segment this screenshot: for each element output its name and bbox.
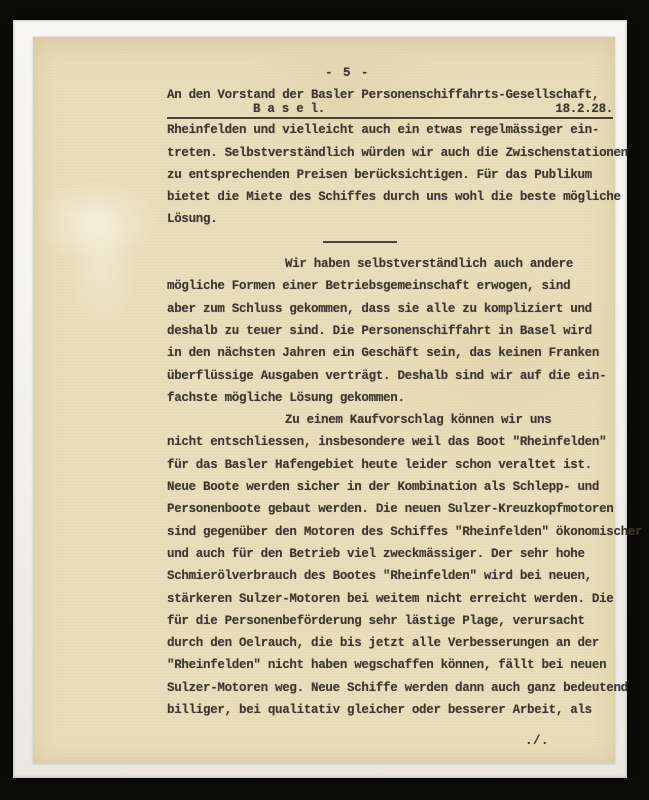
body-line: fachste mögliche Lösung gekommen. bbox=[167, 387, 613, 409]
body-line: sind gegenüber den Motoren des Schiffes … bbox=[167, 521, 613, 543]
body-line: Wir haben selbstverständlich auch andere bbox=[167, 253, 613, 275]
recipient-line: An den Vorstand der Basler Personenschif… bbox=[167, 88, 613, 102]
body-line: durch den Oelrauch, die bis jetzt alle V… bbox=[167, 632, 613, 654]
body-line: deshalb zu teuer sind. Die Personenschif… bbox=[167, 320, 613, 342]
body-line: Schmierölverbrauch des Bootes "Rheinfeld… bbox=[167, 565, 613, 587]
body-line: und auch für den Betrieb viel zweckmässi… bbox=[167, 543, 613, 565]
body-line: "Rheinfelden" nicht haben wegschaffen kö… bbox=[167, 654, 613, 676]
photo-background: - 5 - An den Vorstand der Basler Persone… bbox=[0, 0, 649, 800]
page-number: - 5 - bbox=[325, 62, 370, 84]
body-line: für die Personenbeförderung sehr lästige… bbox=[167, 610, 613, 632]
divider-line bbox=[323, 241, 397, 243]
body-line: bietet die Miete des Schiffes durch uns … bbox=[167, 186, 613, 208]
continuation-mark: ./. bbox=[167, 730, 613, 752]
body-line: stärkeren Sulzer-Motoren bei weitem nich… bbox=[167, 588, 613, 610]
body-line: in den nächsten Jahren ein Geschäft sein… bbox=[167, 342, 613, 364]
body-line: Rheinfelden und vielleicht auch ein etwa… bbox=[167, 119, 613, 141]
body-line: mögliche Formen einer Betriebsgemeinscha… bbox=[167, 275, 613, 297]
body-line: für das Basler Hafengebiet heute leider … bbox=[167, 454, 613, 476]
body-line: zu entsprechenden Preisen berücksichtige… bbox=[167, 164, 613, 186]
city-date-line: B a s e l. 18.2.28. bbox=[167, 102, 613, 116]
photo-mat: - 5 - An den Vorstand der Basler Persone… bbox=[13, 20, 627, 778]
section-divider bbox=[167, 231, 613, 253]
date-label: 18.2.28. bbox=[555, 102, 613, 116]
letter-body: Rheinfelden und vielleicht auch ein etwa… bbox=[167, 119, 613, 752]
body-line: Lösung. bbox=[167, 208, 613, 230]
document-page: - 5 - An den Vorstand der Basler Persone… bbox=[33, 37, 615, 764]
body-line: Neue Boote werden sicher in der Kombinat… bbox=[167, 476, 613, 498]
body-line: überflüssige Ausgaben verträgt. Deshalb … bbox=[167, 365, 613, 387]
body-line: treten. Selbstverständlich würden wir au… bbox=[167, 142, 613, 164]
body-line: Zu einem Kaufvorschlag können wir uns bbox=[167, 409, 613, 431]
letter-header: An den Vorstand der Basler Personenschif… bbox=[167, 88, 613, 119]
body-line: aber zum Schluss gekommen, dass sie alle… bbox=[167, 298, 613, 320]
body-line: nicht entschliessen, insbesondere weil d… bbox=[167, 431, 613, 453]
body-line: Sulzer-Motoren weg. Neue Schiffe werden … bbox=[167, 677, 613, 699]
body-line: billiger, bei qualitativ gleicher oder b… bbox=[167, 699, 613, 721]
city-label: B a s e l. bbox=[253, 102, 325, 116]
body-line: Personenboote gebaut werden. Die neuen S… bbox=[167, 498, 613, 520]
typewritten-content: - 5 - An den Vorstand der Basler Persone… bbox=[167, 62, 613, 753]
